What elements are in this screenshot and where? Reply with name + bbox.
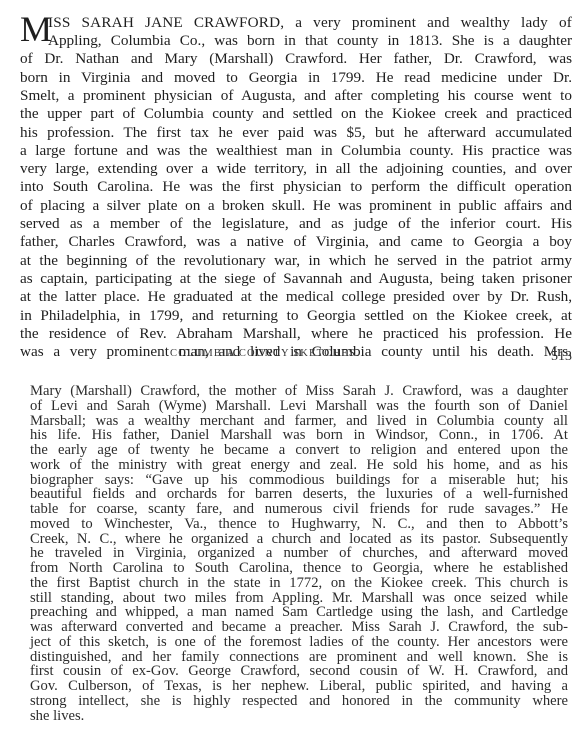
text-line: the residence of Rev. Abraham Marshall, … — [20, 325, 572, 343]
text-line: as captain, participating at the siege o… — [20, 270, 572, 288]
text-line: in Philadelphia, in 1799, and returning … — [20, 307, 572, 325]
text-line: his profession. The first tax he ever pa… — [20, 124, 572, 142]
page-number: 513 — [551, 349, 572, 365]
text-line: very large, extending over a wide territ… — [20, 160, 572, 178]
text-line: Smelt, a prominent physician of Augusta,… — [20, 87, 572, 105]
first-line: ISS SARAH JANE CRAWFORD, a very prominen… — [48, 14, 572, 32]
text-line: at the latter place. He graduated at the… — [20, 288, 572, 306]
text-line: at the beginning of the revolutionary wa… — [20, 252, 572, 270]
text-line: of placing a silver plate on a broken sk… — [20, 197, 572, 215]
text-line: Appling, Columbia Co., was born in that … — [48, 32, 572, 50]
text-line: father, Charles Crawford, was a native o… — [20, 233, 572, 251]
book-page: M ISS SARAH JANE CRAWFORD, a very promin… — [0, 0, 588, 731]
text-line: into South Carolina. He was the first ph… — [20, 178, 572, 196]
running-head-title: COLUMBIA COUNTY SKETCHES. — [170, 348, 360, 359]
text-line: of Dr. Nathan and Mary (Marshall) Crawfo… — [20, 50, 572, 68]
text-line: a large fortune and was the wealthiest m… — [20, 142, 572, 160]
text-line: born in Virginia and moved to Georgia in… — [20, 69, 572, 87]
text-line: the upper part of Columbia county and se… — [20, 105, 572, 123]
text-line: served as a member of the legislature, a… — [20, 215, 572, 233]
text-line: she lives. — [30, 707, 568, 725]
